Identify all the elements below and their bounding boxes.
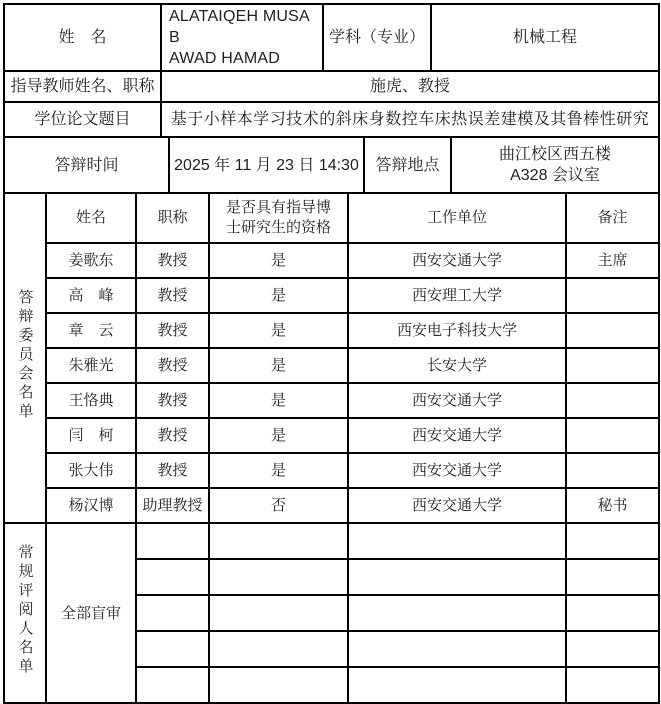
member-phd: 是 [209, 243, 348, 278]
member-note [566, 278, 659, 313]
committee-member-row: 高 峰 教授 是 西安理工大学 [4, 278, 659, 313]
member-phd: 否 [209, 488, 348, 523]
reviewer-org [348, 595, 566, 631]
member-title: 教授 [136, 348, 209, 383]
major-label: 学科（专业） [323, 4, 431, 71]
member-name: 朱雅光 [46, 348, 136, 383]
member-phd: 是 [209, 418, 348, 453]
member-phd: 是 [209, 348, 348, 383]
member-note [566, 383, 659, 418]
member-title: 教授 [136, 453, 209, 488]
member-org: 西安电子科技大学 [348, 313, 566, 348]
reviewer-title [136, 523, 209, 559]
member-org: 西安交通大学 [348, 383, 566, 418]
defense-time-value: 2025 年 11 月 23 日 14:30 [169, 137, 364, 193]
defense-time-label: 答辩时间 [4, 137, 169, 193]
reviewer-org [348, 667, 566, 703]
member-note: 主席 [566, 243, 659, 278]
member-org: 西安理工大学 [348, 278, 566, 313]
reviewer-title [136, 631, 209, 667]
reviewer-title [136, 667, 209, 703]
member-title: 教授 [136, 383, 209, 418]
advisor-label: 指导教师姓名、职称 [4, 71, 161, 102]
major-value: 机械工程 [431, 4, 659, 71]
defense-place-label: 答辩地点 [364, 137, 451, 193]
member-name: 姜歌东 [46, 243, 136, 278]
reviewer-note [566, 667, 659, 703]
member-title: 助理教授 [136, 488, 209, 523]
column-header-title: 职称 [136, 193, 209, 243]
member-name: 高 峰 [46, 278, 136, 313]
member-title: 教授 [136, 418, 209, 453]
committee-member-row: 杨汉博 助理教授 否 西安交通大学 秘书 [4, 488, 659, 523]
member-note [566, 453, 659, 488]
member-phd: 是 [209, 383, 348, 418]
member-note [566, 313, 659, 348]
member-org: 西安交通大学 [348, 243, 566, 278]
committee-member-row: 王恪典 教授 是 西安交通大学 [4, 383, 659, 418]
thesis-title-value: 基于小样本学习技术的斜床身数控车床热误差建模及其鲁棒性研究 [161, 102, 659, 137]
reviewer-phd [209, 631, 348, 667]
reviewer-note [566, 559, 659, 595]
member-name: 章 云 [46, 313, 136, 348]
reviewer-phd [209, 523, 348, 559]
defense-info-document: 姓 名 ALATAIQEH MUSAB AWAD HAMAD 学科（专业） 机械… [0, 0, 661, 704]
member-org: 长安大学 [348, 348, 566, 383]
reviewer-row: 常规评阅人名单 全部盲审 [4, 523, 659, 559]
column-header-phd-qualification: 是否具有指导博 士研究生的资格 [209, 193, 348, 243]
member-phd: 是 [209, 453, 348, 488]
member-phd: 是 [209, 278, 348, 313]
committee-table: 答辩委员会名单 姓名 职称 是否具有指导博 士研究生的资格 工作单位 备注 姜歌… [3, 192, 660, 704]
committee-member-row: 闫 柯 教授 是 西安交通大学 [4, 418, 659, 453]
member-title: 教授 [136, 243, 209, 278]
member-title: 教授 [136, 313, 209, 348]
committee-section-label: 答辩委员会名单 [4, 193, 46, 523]
reviewer-org [348, 631, 566, 667]
committee-member-row: 姜歌东 教授 是 西安交通大学 主席 [4, 243, 659, 278]
committee-member-row: 张大伟 教授 是 西安交通大学 [4, 453, 659, 488]
reviewer-note [566, 631, 659, 667]
reviewer-note [566, 595, 659, 631]
advisor-value: 施虎、教授 [161, 71, 659, 102]
reviewer-phd [209, 667, 348, 703]
member-org: 西安交通大学 [348, 418, 566, 453]
member-name: 王恪典 [46, 383, 136, 418]
column-header-organization: 工作单位 [348, 193, 566, 243]
member-title: 教授 [136, 278, 209, 313]
member-org: 西安交通大学 [348, 453, 566, 488]
thesis-label: 学位论文题目 [4, 102, 161, 137]
reviewer-note [566, 523, 659, 559]
member-name: 杨汉博 [46, 488, 136, 523]
member-note: 秘书 [566, 488, 659, 523]
reviewers-mode-value: 全部盲审 [46, 523, 136, 703]
column-header-note: 备注 [566, 193, 659, 243]
committee-member-row: 章 云 教授 是 西安电子科技大学 [4, 313, 659, 348]
defense-place-value: 曲江校区西五楼 A328 会议室 [451, 137, 659, 193]
reviewer-org [348, 523, 566, 559]
reviewer-phd [209, 595, 348, 631]
student-name-value: ALATAIQEH MUSAB AWAD HAMAD [161, 4, 323, 71]
reviewers-section-label: 常规评阅人名单 [4, 523, 46, 703]
member-note [566, 418, 659, 453]
member-note [566, 348, 659, 383]
member-name: 闫 柯 [46, 418, 136, 453]
committee-member-row: 朱雅光 教授 是 长安大学 [4, 348, 659, 383]
member-name: 张大伟 [46, 453, 136, 488]
reviewer-org [348, 559, 566, 595]
name-label: 姓 名 [4, 4, 161, 71]
member-phd: 是 [209, 313, 348, 348]
column-header-name: 姓名 [46, 193, 136, 243]
student-info-table: 姓 名 ALATAIQEH MUSAB AWAD HAMAD 学科（专业） 机械… [3, 3, 660, 194]
reviewer-title [136, 559, 209, 595]
reviewer-title [136, 595, 209, 631]
member-org: 西安交通大学 [348, 488, 566, 523]
reviewer-phd [209, 559, 348, 595]
